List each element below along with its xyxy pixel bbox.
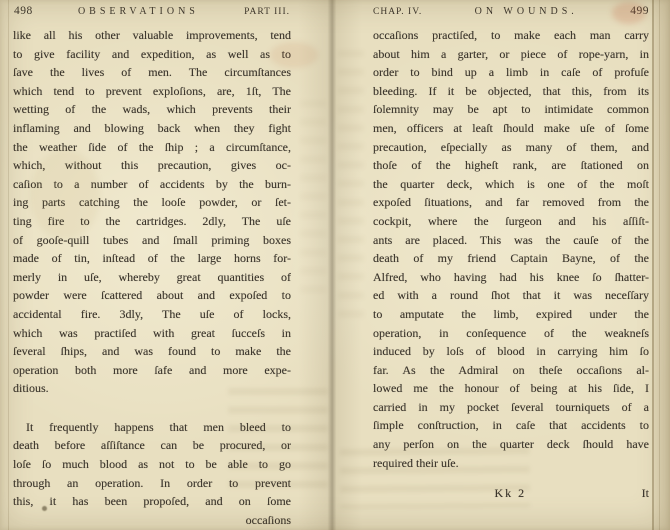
right-page-number: 499 — [630, 5, 649, 17]
text-line: any perſon on the quarter deck ſhould ha… — [373, 435, 649, 454]
text-line: death of my friend Captain Bayne, of the — [373, 249, 649, 268]
text-line: ſolemnity may be apt to intimidate commo… — [373, 100, 649, 119]
left-paragraph-1: like all his other valuable improvements… — [13, 26, 291, 398]
book-scan: 498 OBSERVATIONS PART III. CHAP. IV. ON … — [0, 0, 670, 530]
right-page-header: CHAP. IV. ON WOUNDS. 499 — [373, 5, 649, 21]
text-line: powder were ſcattered about and expoſed … — [13, 286, 291, 305]
part-label: PART III. — [244, 7, 290, 17]
text-line: to give facility and expedition, as well… — [13, 45, 291, 64]
text-line: accidental fire. 3dly, The uſe of locks, — [13, 305, 291, 324]
text-line: lowed me the honour of being at his ſide… — [373, 379, 649, 398]
right-paragraph: occaſions practiſed, to make each man ca… — [373, 26, 649, 472]
signature-mark: Kk 2 — [494, 484, 526, 503]
text-line: ing parts catching the looſe powder, or … — [13, 193, 291, 212]
page-edge-line — [652, 0, 654, 530]
right-catchword: It — [642, 484, 649, 503]
text-line: operation both more ſafe and more expe- — [13, 361, 291, 380]
text-line: wetting of the wads, which prevents thei… — [13, 100, 291, 119]
text-line: order to bind up a limb in caſe of profu… — [373, 63, 649, 82]
text-line: thoſe of the higheſt rank, are ſtationed… — [373, 156, 649, 175]
show-through-left-margin — [300, 100, 326, 300]
text-line: cockpit, where the ſurgeon and his aſſiſ… — [373, 212, 649, 231]
text-line: induced by loſs of blood in carrying him… — [373, 342, 649, 361]
right-page-text: occaſions practiſed, to make each man ca… — [373, 26, 649, 503]
text-line: this, it has been propoſed, and on ſome — [13, 492, 291, 511]
text-line: caſion to a number of accidents by the b… — [13, 175, 291, 194]
chapter-label: CHAP. IV. — [373, 7, 422, 17]
text-line: far. As the Admiral on theſe occaſions a… — [373, 361, 649, 380]
gutter-shadow — [298, 0, 362, 530]
text-line: carried in my pocket ſeveral tourniquets… — [373, 398, 649, 417]
text-line: of gooſe-quill tubes and ſmall priming b… — [13, 231, 291, 250]
text-line: ſimple conſtruction, in caſe that accide… — [373, 416, 649, 435]
right-page-footer: Kk 2 It — [373, 484, 649, 503]
left-paragraph-2: It frequently happens that men bleed tod… — [13, 418, 291, 511]
text-line: made of tin, inſtead of the large horns … — [13, 249, 291, 268]
text-line: the quarter deck, which is one of the mo… — [373, 175, 649, 194]
show-through-right-margin — [338, 50, 364, 320]
text-line: death before aſſiſtance can be procured,… — [13, 436, 291, 455]
left-page-text: like all his other valuable improvements… — [13, 26, 291, 529]
page-block-edge — [652, 0, 670, 530]
text-line: men, officers at leaſt ſhould make uſe o… — [373, 119, 649, 138]
left-running-title: OBSERVATIONS — [78, 6, 199, 17]
text-line: ſeveral ſhips, and was found to make the — [13, 342, 291, 361]
text-line: occaſions practiſed, to make each man ca… — [373, 26, 649, 45]
text-line: about him a garter, or piece of rope-yar… — [373, 45, 649, 64]
text-line: It frequently happens that men bleed to — [13, 418, 291, 437]
page-edge-line — [659, 0, 660, 530]
text-line: precaution, eſpecially as many of them, … — [373, 138, 649, 157]
text-line: expoſed ſituations, and far removed from… — [373, 193, 649, 212]
left-page-number: 498 — [14, 5, 33, 17]
text-line: ditious. — [13, 379, 291, 398]
text-line: which, without this precaution, gives oc… — [13, 156, 291, 175]
text-line: through an operation. In order to preven… — [13, 474, 291, 493]
text-line: operation, in conſequence of the weakneſ… — [373, 324, 649, 343]
text-line: the weather ſide of the ſhip ; a circumſ… — [13, 138, 291, 157]
text-line: bleeding. If it be objected, that this, … — [373, 82, 649, 101]
text-line: ed with a round ſhot that it was neceſſa… — [373, 286, 649, 305]
left-page-header: 498 OBSERVATIONS PART III. — [14, 5, 290, 21]
text-line: inflaming and blowing back when they fig… — [13, 119, 291, 138]
text-line: required their uſe. — [373, 454, 649, 473]
right-running-title: ON WOUNDS. — [475, 6, 578, 17]
text-line: loſe ſo much blood as not to be able to … — [13, 455, 291, 474]
text-line: to amputate the limb, expired under the — [373, 305, 649, 324]
page-fold-line — [8, 0, 9, 530]
text-line: ting fire to the cartridges. 2dly, The u… — [13, 212, 291, 231]
text-line: which tend to prevent exploſions, are, 1… — [13, 82, 291, 101]
text-line: ſave the lives of men. The circumſtances — [13, 63, 291, 82]
text-line: which was practiſed with great ſucceſs i… — [13, 324, 291, 343]
left-catchword: occaſions — [13, 511, 291, 530]
text-line: like all his other valuable improvements… — [13, 26, 291, 45]
text-line: merly in uſe, whereby great quantities o… — [13, 268, 291, 287]
text-line: Alfred, who having had his knee ſo ſhatt… — [373, 268, 649, 287]
text-line: ants are placed. This was the cauſe of t… — [373, 231, 649, 250]
